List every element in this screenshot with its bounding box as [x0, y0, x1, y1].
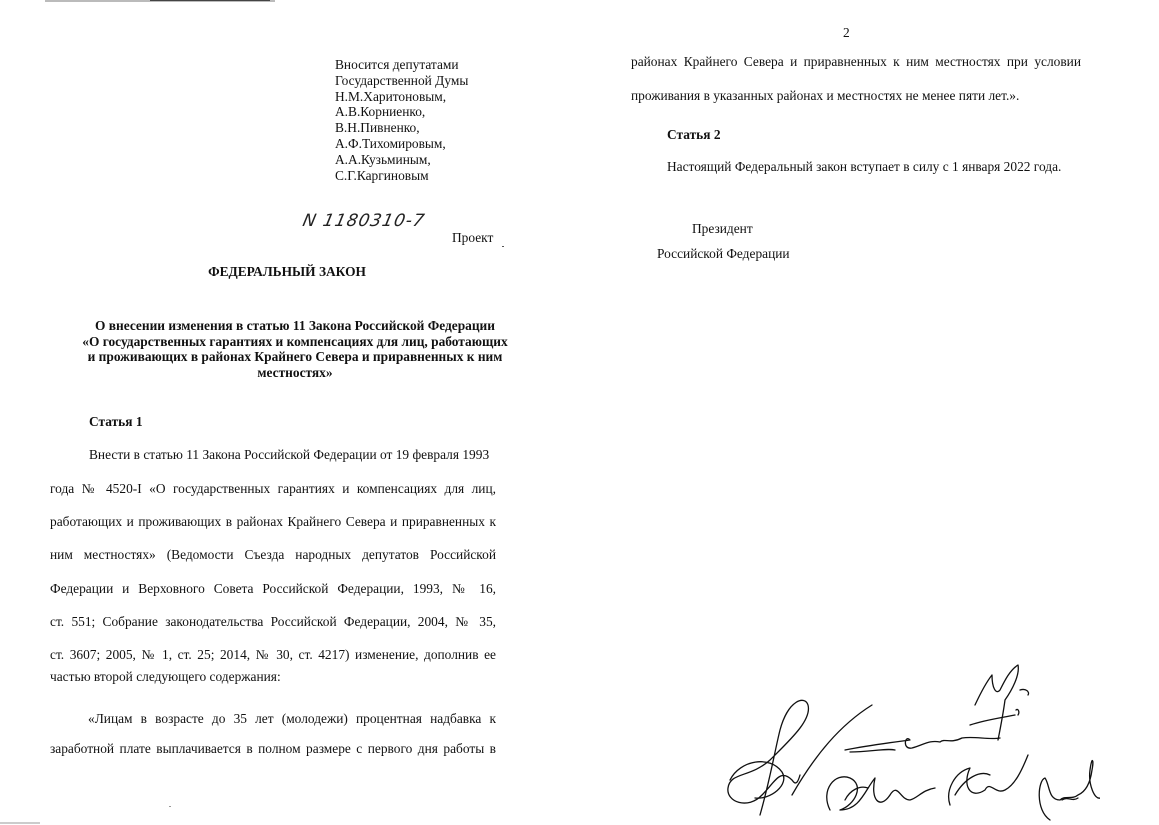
- law-subtitle-line: О внесении изменения в статью 11 Закона …: [60, 318, 530, 334]
- article-1-quote-line: «Лицам в возрасте до 35 лет (молодежи) п…: [88, 711, 496, 727]
- article-1-line: работающих и проживающих в районах Крайн…: [50, 514, 496, 530]
- law-subtitle-line: местностях»: [60, 365, 530, 381]
- introduced-by-line: С.Г.Каргиновым: [335, 168, 468, 184]
- law-subtitle: О внесении изменения в статью 11 Закона …: [60, 318, 530, 380]
- article-2-heading: Статья 2: [667, 127, 721, 143]
- introduced-by-line: Государственной Думы: [335, 73, 468, 89]
- introduced-by-line: Н.М.Харитоновым,: [335, 89, 468, 105]
- signature-title-line: Президент: [692, 221, 753, 237]
- article-1-heading: Статья 1: [89, 414, 143, 430]
- article-1-quote-line: заработной плате выплачивается в полном …: [50, 741, 496, 757]
- page-number: 2: [843, 25, 850, 41]
- article-1-line: года № 4520-I «О государственных гаранти…: [50, 481, 496, 497]
- scan-speck: [502, 246, 504, 247]
- introduced-by-line: А.Ф.Тихомировым,: [335, 136, 468, 152]
- continuation-line: проживания в указанных районах и местнос…: [631, 88, 1019, 104]
- handwritten-registration-number: N 1180310-7: [301, 211, 427, 231]
- article-1-line: Внести в статью 11 Закона Российской Фед…: [89, 447, 489, 463]
- introduced-by-line: А.В.Корниенко,: [335, 104, 468, 120]
- signature-title-line: Российской Федерации: [657, 246, 790, 262]
- law-subtitle-line: и проживающих в районах Крайнего Севера …: [60, 349, 530, 365]
- introduced-by-block: Вносится депутатами Государственной Думы…: [335, 57, 468, 183]
- article-1-line: ст. 551; Собрание законодательства Росси…: [50, 614, 496, 630]
- law-subtitle-line: «О государственных гарантиях и компенсац…: [60, 334, 530, 350]
- article-1-line: частью второй следующего содержания:: [50, 669, 281, 685]
- introduced-by-line: А.А.Кузьминым,: [335, 152, 468, 168]
- article-1-line: Федерации и Верховного Совета Российской…: [50, 581, 496, 597]
- continuation-line: районах Крайнего Севера и приравненных к…: [631, 54, 1081, 70]
- scan-edge-line-dark: [150, 0, 270, 1]
- scan-speck: [169, 806, 171, 807]
- article-1-line: ст. 3607; 2005, № 1, ст. 25; 2014, № 30,…: [50, 647, 496, 663]
- scan-edge-line-bottom: [0, 822, 40, 824]
- law-type-title: ФЕДЕРАЛЬНЫЙ ЗАКОН: [0, 264, 574, 280]
- draft-label: Проект: [452, 230, 493, 246]
- introduced-by-line: Вносится депутатами: [335, 57, 468, 73]
- introduced-by-line: В.Н.Пивненко,: [335, 120, 468, 136]
- article-2-text: Настоящий Федеральный закон вступает в с…: [667, 159, 1061, 175]
- article-1-line: ним местностях» (Ведомости Съезда народн…: [50, 547, 496, 563]
- handwritten-signatures-icon: [700, 660, 1100, 825]
